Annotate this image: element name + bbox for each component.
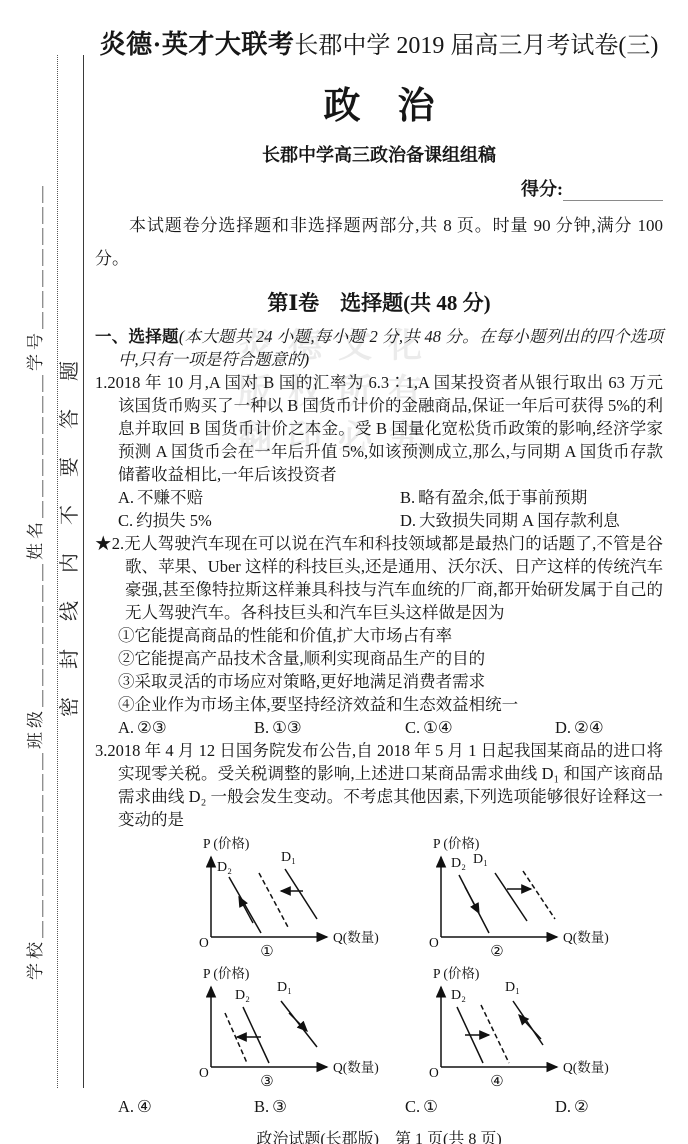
question-2-statements: ①它能提高商品的性能和价值,扩大市场占有率 ②它能提高产品技术含量,顺利实现商品… (95, 624, 663, 716)
content-border-line (83, 55, 84, 1088)
svg-text:③: ③ (260, 1074, 273, 1089)
score-row: 得分: (95, 175, 663, 201)
exam-brand: 炎德·英才大联考 (100, 30, 295, 59)
seal-warning-text: 密封线内不要答题 (56, 324, 84, 726)
question-2-options: A.②③ B.①③ C.①④ D.②④ (95, 716, 663, 739)
option-c: C.①④ (405, 716, 555, 739)
svg-text:P (价格): P (价格) (203, 965, 249, 981)
demand-curve-diagram-2: P (价格)Q(数量)OD₂D₁② (411, 835, 629, 965)
instruction-detail: (本大题共 24 小题,每小题 2 分,共 48 分。在每小题列出的四个选项中,… (118, 327, 663, 369)
score-label: 得分: (521, 179, 563, 199)
svg-text:O: O (199, 1065, 209, 1080)
intro-paragraph: 本试题卷分选择题和非选择题两部分,共 8 页。时量 90 分钟,满分 100 分… (95, 209, 663, 275)
svg-text:①: ① (260, 944, 273, 959)
question-3-text: 3.2018 年 4 月 12 日国务院发布公告,自 2018 年 5 月 1 … (95, 739, 663, 831)
byline: 长郡中学高三政治备课组组稿 (95, 141, 663, 167)
svg-text:④: ④ (490, 1074, 503, 1089)
demand-curve-diagram-4: P (价格)Q(数量)OD₂D₁④ (411, 965, 629, 1095)
option-c: C.约损失 5% (118, 509, 400, 532)
question-2-text: ★2.无人驾驶汽车现在可以说在汽车和科技领域都是最热门的话题了,不管是谷歌、苹果… (95, 532, 663, 624)
svg-text:D₁: D₁ (277, 980, 292, 995)
question-3-options: A.④ B.③ C.① D.② (95, 1095, 663, 1118)
seal-margin: 学校＿＿＿＿＿＿＿＿＿班级＿＿＿＿＿＿＿姓名＿＿＿＿＿＿＿学号＿＿＿＿＿＿＿ 密… (0, 0, 95, 1144)
option-b: B.③ (254, 1095, 405, 1118)
question-number: 2. (112, 534, 124, 553)
option-d: D.②④ (555, 716, 663, 739)
instruction-heading: 一、选择题 (95, 327, 179, 346)
option-a: A.②③ (118, 716, 254, 739)
svg-text:P (价格): P (价格) (433, 965, 479, 981)
svg-text:D₂: D₂ (217, 860, 232, 875)
numbered-statement: ②它能提高产品技术含量,顺利实现商品生产的目的 (118, 647, 663, 670)
student-fields-labels: 学校＿＿＿＿＿＿＿＿＿班级＿＿＿＿＿＿＿姓名＿＿＿＿＿＿＿学号＿＿＿＿＿＿＿ (23, 114, 49, 980)
exam-title: 炎德·英才大联考长郡中学 2019 届高三月考试卷(三) (95, 24, 663, 61)
svg-text:P (价格): P (价格) (203, 835, 249, 851)
exam-content: 炎德·英才大联考长郡中学 2019 届高三月考试卷(三) 政 治 长郡中学高三政… (95, 0, 663, 1144)
subject-title: 政 治 (95, 75, 663, 129)
mcq-instruction: 一、选择题(本大题共 24 小题,每小题 2 分,共 48 分。在每小题列出的四… (95, 325, 663, 371)
numbered-statement: ④企业作为市场主体,要坚持经济效益和生态效益相统一 (118, 693, 663, 716)
question-1: 1.2018 年 10 月,A 国对 B 国的汇率为 6.3∶1,A 国某投资者… (95, 371, 663, 532)
question-number: 3. (95, 741, 107, 760)
svg-text:Q(数量): Q(数量) (563, 929, 609, 945)
question-number: 1. (95, 373, 107, 392)
question-2: ★2.无人驾驶汽车现在可以说在汽车和科技领域都是最热门的话题了,不管是谷歌、苹果… (95, 532, 663, 739)
exam-page: 学校＿＿＿＿＿＿＿＿＿班级＿＿＿＿＿＿＿姓名＿＿＿＿＿＿＿学号＿＿＿＿＿＿＿ 密… (0, 0, 688, 1144)
svg-text:O: O (199, 935, 209, 950)
svg-text:D₁: D₁ (281, 850, 296, 865)
svg-text:D₁: D₁ (505, 980, 520, 995)
page-footer: 政治试题(长郡版) 第 1 页(共 8 页) (95, 1126, 663, 1144)
svg-text:D₂: D₂ (235, 988, 250, 1003)
option-d: D.大致损失同期 A 国存款利息 (400, 509, 663, 532)
star-icon: ★ (95, 534, 112, 553)
question-1-options: A.不赚不赔 B.略有盈余,低于事前预期 C.约损失 5% D.大致损失同期 A… (95, 486, 663, 532)
option-b: B.略有盈余,低于事前预期 (400, 486, 663, 509)
svg-text:Q(数量): Q(数量) (563, 1059, 609, 1075)
option-d: D.② (555, 1095, 663, 1118)
question-3: 3.2018 年 4 月 12 日国务院发布公告,自 2018 年 5 月 1 … (95, 739, 663, 1118)
svg-text:D₂: D₂ (451, 988, 466, 1003)
svg-text:D₁: D₁ (473, 852, 488, 867)
demand-curve-diagram-1: P (价格)Q(数量)OD₂D₁① (181, 835, 399, 965)
numbered-statement: ③采取灵活的市场应对策略,更好地满足消费者需求 (118, 670, 663, 693)
exam-series: 长郡中学 2019 届高三月考试卷(三) (294, 33, 658, 59)
option-c: C.① (405, 1095, 555, 1118)
option-b: B.①③ (254, 716, 405, 739)
question-1-text: 1.2018 年 10 月,A 国对 B 国的汇率为 6.3∶1,A 国某投资者… (95, 371, 663, 486)
demand-curve-diagram-3: P (价格)Q(数量)OD₂D₁③ (181, 965, 399, 1095)
svg-text:P (价格): P (价格) (433, 835, 479, 851)
demand-curve-diagrams: P (价格)Q(数量)OD₂D₁① P (价格)Q(数量)OD₂D₁② P (价… (181, 835, 663, 1095)
svg-text:D₂: D₂ (451, 856, 466, 871)
score-blank-line (563, 182, 663, 201)
svg-text:Q(数量): Q(数量) (333, 1059, 379, 1075)
svg-text:O: O (429, 1065, 439, 1080)
section-title: 第Ⅰ卷 选择题(共 48 分) (95, 287, 663, 317)
option-a: A.不赚不赔 (118, 486, 400, 509)
svg-text:Q(数量): Q(数量) (333, 929, 379, 945)
svg-text:O: O (429, 935, 439, 950)
svg-text:②: ② (490, 944, 503, 959)
numbered-statement: ①它能提高商品的性能和价值,扩大市场占有率 (118, 624, 663, 647)
option-a: A.④ (118, 1095, 254, 1118)
